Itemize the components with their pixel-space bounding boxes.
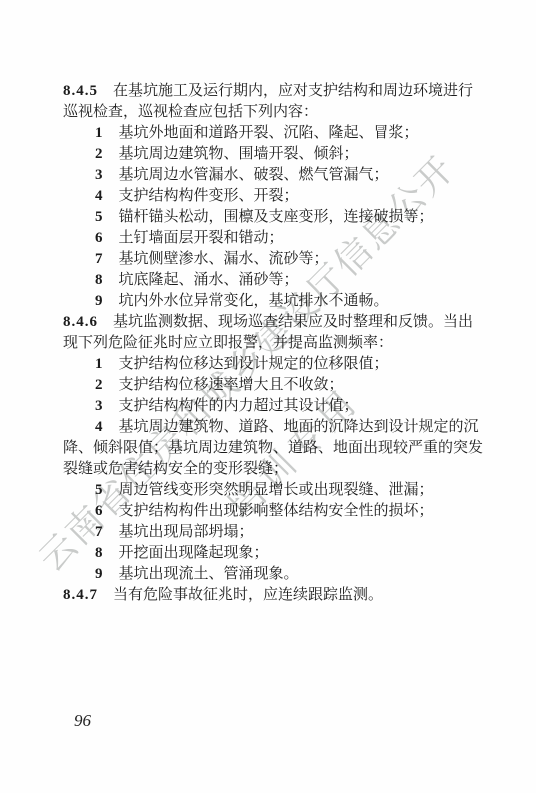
item-number: 2 (95, 146, 103, 162)
item-number: 6 (95, 230, 103, 246)
item-number: 8 (95, 272, 103, 288)
line-text: 坑底隆起、涌水、涌砂等； (119, 272, 299, 288)
line-text: 基坑出现流土、管涌现象。 (119, 566, 299, 582)
item-number: 7 (95, 524, 103, 540)
list-item-line: 8开挖面出现隆起现象； (63, 543, 483, 564)
list-item-line: 1基坑外地面和道路开裂、沉陷、隆起、冒浆； (63, 123, 483, 144)
line-text: 开挖面出现隆起现象； (119, 545, 269, 561)
item-number: 9 (95, 566, 103, 582)
section-number: 8.4.6 (63, 314, 98, 330)
line-text: 支护结构构件变形、开裂； (119, 188, 299, 204)
item-number: 5 (95, 482, 103, 498)
line-text: 锚杆锚头松动，围檩及支座变形，连接破损等； (119, 209, 434, 225)
paragraph-line: 现下列危险征兆时应立即报警，并提高监测频率： (63, 333, 483, 354)
list-item-line: 3支护结构构件的内力超过其设计值； (63, 396, 483, 417)
list-item-line: 5锚杆锚头松动，围檩及支座变形，连接破损等； (63, 207, 483, 228)
list-item-line: 9基坑出现流土、管涌现象。 (63, 564, 483, 585)
item-number: 5 (95, 209, 103, 225)
item-number: 7 (95, 251, 103, 267)
item-number: 8 (95, 545, 103, 561)
section-heading-line: 8.4.7当有危险事故征兆时，应连续跟踪监测。 (63, 585, 483, 606)
line-text: 土钉墙面层开裂和错动； (119, 230, 284, 246)
document-body: 8.4.5在基坑施工及运行期内，应对支护结构和周边环境进行 巡视检查，巡视检查应… (63, 81, 483, 606)
line-text: 基坑出现局部坍塌； (119, 524, 254, 540)
list-item-line: 1支护结构位移达到设计规定的位移限值； (63, 354, 483, 375)
line-text: 当有危险事故征兆时，应连续跟踪监测。 (113, 587, 383, 603)
list-item-line: 2基坑周边建筑物、围墙开裂、倾斜； (63, 144, 483, 165)
section-number: 8.4.7 (63, 587, 98, 603)
line-text: 现下列危险征兆时应立即报警，并提高监测频率： (63, 335, 393, 351)
item-number: 4 (95, 419, 103, 435)
line-text: 基坑周边建筑物、围墙开裂、倾斜； (119, 146, 359, 162)
list-item-line: 3基坑周边水管漏水、破裂、燃气管漏气； (63, 165, 483, 186)
item-number: 9 (95, 293, 103, 309)
line-text: 基坑侧壁渗水、漏水、流砂等； (119, 251, 329, 267)
line-text: 支护结构构件出现影响整体结构安全性的损坏； (119, 503, 434, 519)
line-text: 巡视检查，巡视检查应包括下列内容： (63, 104, 318, 120)
line-text: 坑内外水位异常变化，基坑排水不通畅。 (119, 293, 389, 309)
list-item-line: 4支护结构构件变形、开裂； (63, 186, 483, 207)
item-number: 3 (95, 398, 103, 414)
line-text: 降、倾斜限值；基坑周边建筑物、道路、地面出现较严重的突发 (63, 440, 483, 456)
list-item-line: 5周边管线变形突然明显增长或出现裂缝、泄漏； (63, 480, 483, 501)
line-text: 在基坑施工及运行期内，应对支护结构和周边环境进行 (113, 83, 473, 99)
list-item-line: 6土钉墙面层开裂和错动； (63, 228, 483, 249)
item-number: 3 (95, 167, 103, 183)
line-text: 支护结构位移达到设计规定的位移限值； (119, 356, 389, 372)
document-page: 云南省住房和城乡建设厅信息公开 培训专用 8.4.5在基坑施工及运行期内，应对支… (0, 0, 536, 793)
paragraph-line: 降、倾斜限值；基坑周边建筑物、道路、地面出现较严重的突发 (63, 438, 483, 459)
list-item-line: 7基坑出现局部坍塌； (63, 522, 483, 543)
list-item-line: 7基坑侧壁渗水、漏水、流砂等； (63, 249, 483, 270)
line-text: 周边管线变形突然明显增长或出现裂缝、泄漏； (119, 482, 434, 498)
line-text: 裂缝或危害结构安全的变形裂缝； (63, 461, 288, 477)
line-text: 基坑外地面和道路开裂、沉陷、隆起、冒浆； (119, 125, 419, 141)
item-number: 6 (95, 503, 103, 519)
line-text: 支护结构位移速率增大且不收敛； (119, 377, 344, 393)
line-text: 基坑监测数据、现场巡查结果应及时整理和反馈。当出 (113, 314, 473, 330)
paragraph-line: 裂缝或危害结构安全的变形裂缝； (63, 459, 483, 480)
list-item-line: 8坑底隆起、涌水、涌砂等； (63, 270, 483, 291)
section-heading-line: 8.4.6基坑监测数据、现场巡查结果应及时整理和反馈。当出 (63, 312, 483, 333)
item-number: 2 (95, 377, 103, 393)
item-number: 1 (95, 125, 103, 141)
line-text: 基坑周边建筑物、道路、地面的沉降达到设计规定的沉 (119, 419, 479, 435)
list-item-line: 6支护结构构件出现影响整体结构安全性的损坏； (63, 501, 483, 522)
section-number: 8.4.5 (63, 83, 98, 99)
paragraph-line: 巡视检查，巡视检查应包括下列内容： (63, 102, 483, 123)
line-text: 支护结构构件的内力超过其设计值； (119, 398, 359, 414)
item-number: 1 (95, 356, 103, 372)
list-item-line: 9坑内外水位异常变化，基坑排水不通畅。 (63, 291, 483, 312)
page-number: 96 (74, 711, 91, 731)
section-heading-line: 8.4.5在基坑施工及运行期内，应对支护结构和周边环境进行 (63, 81, 483, 102)
line-text: 基坑周边水管漏水、破裂、燃气管漏气； (119, 167, 389, 183)
item-number: 4 (95, 188, 103, 204)
list-item-line: 2支护结构位移速率增大且不收敛； (63, 375, 483, 396)
list-item-line: 4基坑周边建筑物、道路、地面的沉降达到设计规定的沉 (63, 417, 483, 438)
